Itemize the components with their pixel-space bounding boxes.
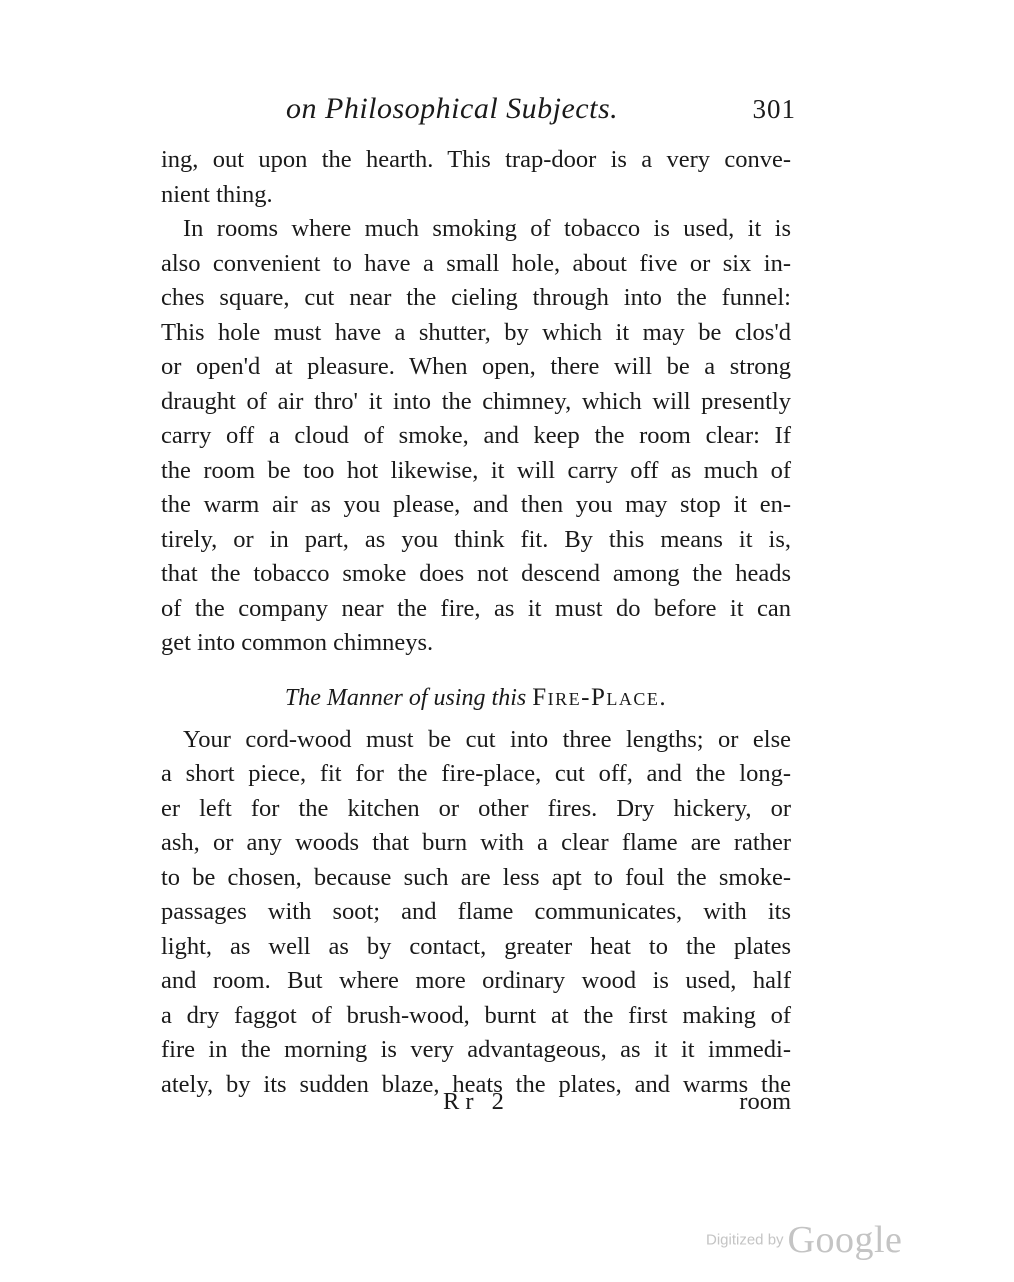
text-line: ash, or any woods that burn with a clear… xyxy=(161,826,791,861)
text-line: draught of air thro' it into the chimney… xyxy=(161,385,791,420)
text-line: carry off a cloud of smoke, and keep the… xyxy=(161,419,791,454)
running-title: on Philosophical Subjects. xyxy=(286,92,618,126)
signature-mark: Rr 2 xyxy=(443,1088,510,1116)
paragraph-1: ing, out upon the hearth. This trap-door… xyxy=(161,143,791,212)
section-heading-italic: The Manner of using this xyxy=(285,685,526,711)
running-head: on Philosophical Subjects. 301 xyxy=(160,92,796,132)
text-line: ing, out upon the hearth. This trap-door… xyxy=(161,143,791,178)
text-line: that the tobacco smoke does not descend … xyxy=(161,557,791,592)
text-line: ches square, cut near the cieling throug… xyxy=(161,281,791,316)
text-line: a short piece, fit for the fire-place, c… xyxy=(161,757,791,792)
section-heading-small-caps: Fire-Place. xyxy=(532,684,667,711)
text-line: This hole must have a shutter, by which … xyxy=(161,316,791,351)
text-line: light, as well as by contact, greater he… xyxy=(161,930,791,965)
watermark-prefix: Digitized by xyxy=(706,1232,784,1249)
book-page: on Philosophical Subjects. 301 ing, out … xyxy=(0,0,1014,1282)
page-number: 301 xyxy=(753,94,797,125)
text-line: or open'd at pleasure. When open, there … xyxy=(161,350,791,385)
paragraph-2: In rooms where much smoking of tobacco i… xyxy=(161,212,791,661)
text-line: tirely, or in part, as you think fit. By… xyxy=(161,523,791,558)
text-line: er left for the kitchen or other fires. … xyxy=(161,792,791,827)
text-line: of the company near the fire, as it must… xyxy=(161,592,791,627)
text-line: the warm air as you please, and then you… xyxy=(161,488,791,523)
text-line: passages with soot; and flame communicat… xyxy=(161,895,791,930)
text-line: nient thing. xyxy=(161,178,791,213)
google-logo: Google xyxy=(788,1219,903,1261)
catchword: room xyxy=(739,1088,791,1116)
text-line: fire in the morning is very advantageous… xyxy=(161,1033,791,1068)
text-line: the room be too hot likewise, it will ca… xyxy=(161,454,791,489)
section-heading: The Manner of using this Fire-Place. xyxy=(161,673,791,723)
text-line: and room. But where more ordinary wood i… xyxy=(161,964,791,999)
text-line: In rooms where much smoking of tobacco i… xyxy=(161,212,791,247)
text-line: a dry faggot of brush-wood, burnt at the… xyxy=(161,999,791,1034)
text-line: Your cord-wood must be cut into three le… xyxy=(161,723,791,758)
text-line: to be chosen, because such are less apt … xyxy=(161,861,791,896)
page-footer: Rr 2 room xyxy=(161,1088,791,1122)
paragraph-3: Your cord-wood must be cut into three le… xyxy=(161,723,791,1103)
digitized-watermark: Digitized by Google xyxy=(706,1218,902,1262)
text-block: ing, out upon the hearth. This trap-door… xyxy=(161,143,791,1102)
text-line: also convenient to have a small hole, ab… xyxy=(161,247,791,282)
text-line: get into common chimneys. xyxy=(161,626,791,661)
